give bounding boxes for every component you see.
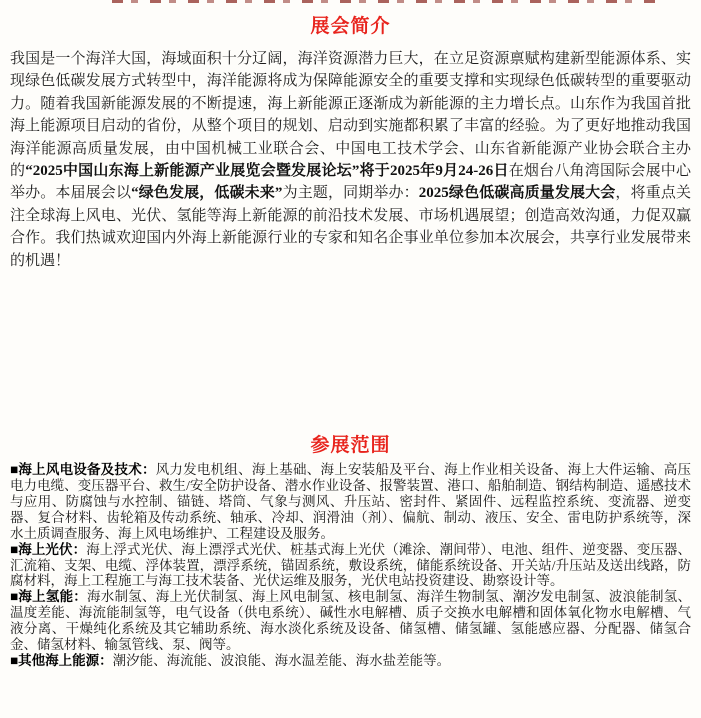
scope-list: ■海上风电设备及技术：风力发电机组、海上基础、海上安装船及平台、海上作业相关设备… — [10, 462, 691, 669]
scope-item-text: 海上浮式光伏、海上漂浮式光伏、桩基式海上光伏（滩涂、潮间带）、电池、组件、逆变器… — [10, 542, 691, 589]
scope-item-text: 潮汐能、海流能、波浪能、海水温差能、海水盐差能等。 — [113, 653, 451, 668]
intro-text-run: 我国是一个海洋大国，海域面积十分辽阔，海洋资源潜力巨大，在立足资源禀赋构建新型能… — [10, 51, 691, 179]
scope-item: ■海上风电设备及技术：风力发电机组、海上基础、海上安装船及平台、海上作业相关设备… — [10, 462, 691, 542]
scope-item-text: 海水制氢、海上光伏制氢、海上风电制氢、核电制氢、海洋生物制氢、潮汐发电制氢、波浪… — [10, 589, 691, 652]
scope-item-label: ■海上氢能： — [10, 589, 87, 604]
intro-text-run-bold: 2025绿色低碳高质量发展大会 — [419, 185, 616, 201]
intro-paragraph: 我国是一个海洋大国，海域面积十分辽阔，海洋资源潜力巨大，在立足资源禀赋构建新型能… — [10, 48, 691, 272]
intro-text-run-bold: “绿色发展，低碳未来” — [131, 185, 282, 201]
scope-item-label: ■海上风电设备及技术： — [10, 462, 156, 477]
scope-item-label: ■海上光伏： — [10, 542, 86, 557]
intro-text-run-bold: “2025中国山东海上新能源产业展览会暨发展论坛”将于2025年9月24-26日 — [25, 163, 509, 179]
scope-item: ■其他海上能源：潮汐能、海流能、波浪能、海水温差能、海水盐差能等。 — [10, 653, 691, 669]
scope-item: ■海上光伏：海上浮式光伏、海上漂浮式光伏、桩基式海上光伏（滩涂、潮间带）、电池、… — [10, 542, 691, 590]
clipped-text-remnant — [112, 0, 658, 3]
scope-item: ■海上氢能：海水制氢、海上光伏制氢、海上风电制氢、核电制氢、海洋生物制氢、潮汐发… — [10, 589, 691, 653]
scope-section-title: 参展范围 — [0, 433, 701, 459]
page: { "colors": { "accent": "#e8231c", "top_… — [0, 0, 701, 718]
scope-item-label: ■其他海上能源： — [10, 653, 113, 668]
intro-section-title: 展会简介 — [0, 14, 701, 40]
intro-text-run: 为主题，同期举办： — [282, 185, 418, 201]
